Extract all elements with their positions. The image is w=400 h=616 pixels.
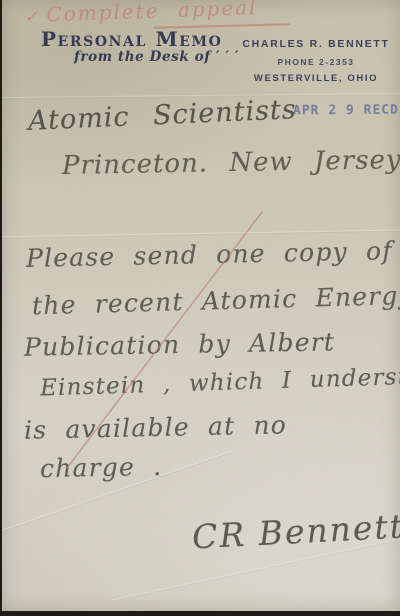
annotation-text: Complete appeal — [46, 0, 258, 26]
letterhead-subtitle: from the Desk of ′ ′ ′ — [74, 49, 239, 65]
signature: CR Bennett — [191, 506, 400, 556]
body-line: the recent Atomic Energy — [32, 281, 400, 321]
letterhead-name: CHARLES R. BENNETT — [239, 38, 393, 50]
checkmark-icon: ✓ — [24, 7, 41, 28]
letterhead-title: Personal Memo — [41, 27, 222, 51]
body-line: Publication by Albert — [24, 327, 336, 361]
body-line: Please send one copy of — [26, 236, 393, 273]
letterhead-city: WESTERVILLE, OHIO — [239, 73, 393, 84]
memo-paper: ✓Complete appeal Personal Memo from the … — [2, 0, 400, 611]
recipient-line: Princeton. New Jersey — [62, 145, 400, 181]
recipient-line: Atomic Scientists — [27, 94, 297, 137]
received-date-stamp: APR 2 9 RECD — [293, 103, 399, 119]
body-line: is available at no — [24, 410, 288, 445]
scanned-memo-page: { "annotation": { "mark": "✓", "text": "… — [0, 0, 400, 616]
letterhead-contact-block: CHARLES R. BENNETT PHONE 2-2353 WESTERVI… — [239, 38, 393, 84]
body-line: Einstein , which I understand — [40, 362, 400, 401]
letterhead-phone: PHONE 2-2353 — [239, 57, 393, 67]
body-line: charge . — [40, 452, 163, 483]
